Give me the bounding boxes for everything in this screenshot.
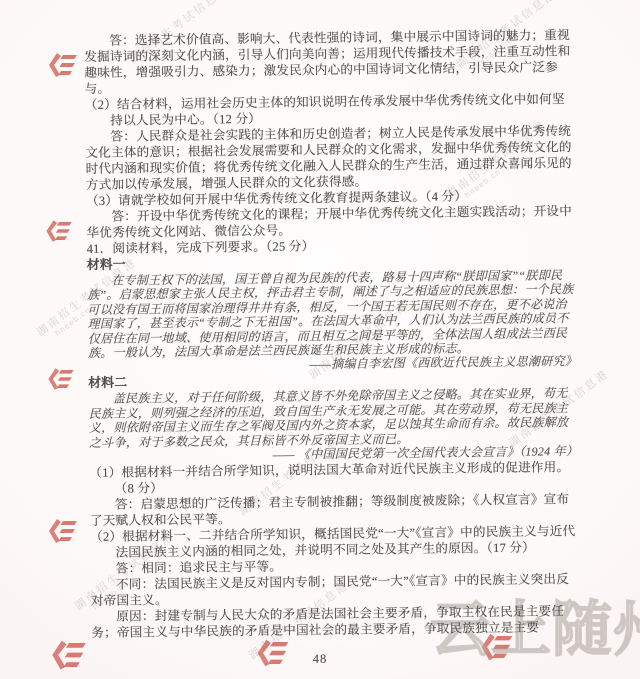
answer-paragraph: 答：选择艺术价值高、影响大、代表性强的诗词，集中展示中国诗词的魅力；重视发掘诗词…	[84, 27, 574, 97]
page-number: 48	[0, 652, 640, 667]
exam-site-logo-icon	[46, 219, 73, 242]
exam-site-logo-icon	[48, 518, 78, 544]
exam-site-logo-icon	[48, 367, 75, 390]
material-paragraph: 在专制王权下的法国，国王曾自视为民族的代表，路易十四声称“朕即国家”“朕即民族”…	[87, 268, 577, 360]
answer-paragraph: 答：人民群众是社会实践的主体和历史创造者；树立人民是传承发展中华优秀传统文化主体…	[85, 123, 575, 193]
material-paragraph: 盖民族主义，对于任何阶级，其意义皆不外免除帝国主义之侵略。其在实业界，苟无民族主…	[88, 386, 578, 450]
exam-site-logo-icon	[48, 52, 78, 78]
document-body: 答：选择艺术价值高、影响大、代表性强的诗词，集中展示中国诗词的魅力；重视发掘诗词…	[84, 27, 580, 641]
scanned-exam-page: 湖南招生考试信息港湖南招生考试信息港hneeb.cn湖南招生考试信息港hneeb…	[0, 0, 640, 679]
question-paragraph: （2）根据材料一、二并结合所学知识，概括国民党“一大”《宣言》中的民族主义与近代…	[90, 523, 579, 561]
answer-paragraph: 原因：封建专制与人民大众的矛盾是法国社会主要矛盾，争取主权在民是主要任务；帝国主…	[91, 603, 580, 641]
